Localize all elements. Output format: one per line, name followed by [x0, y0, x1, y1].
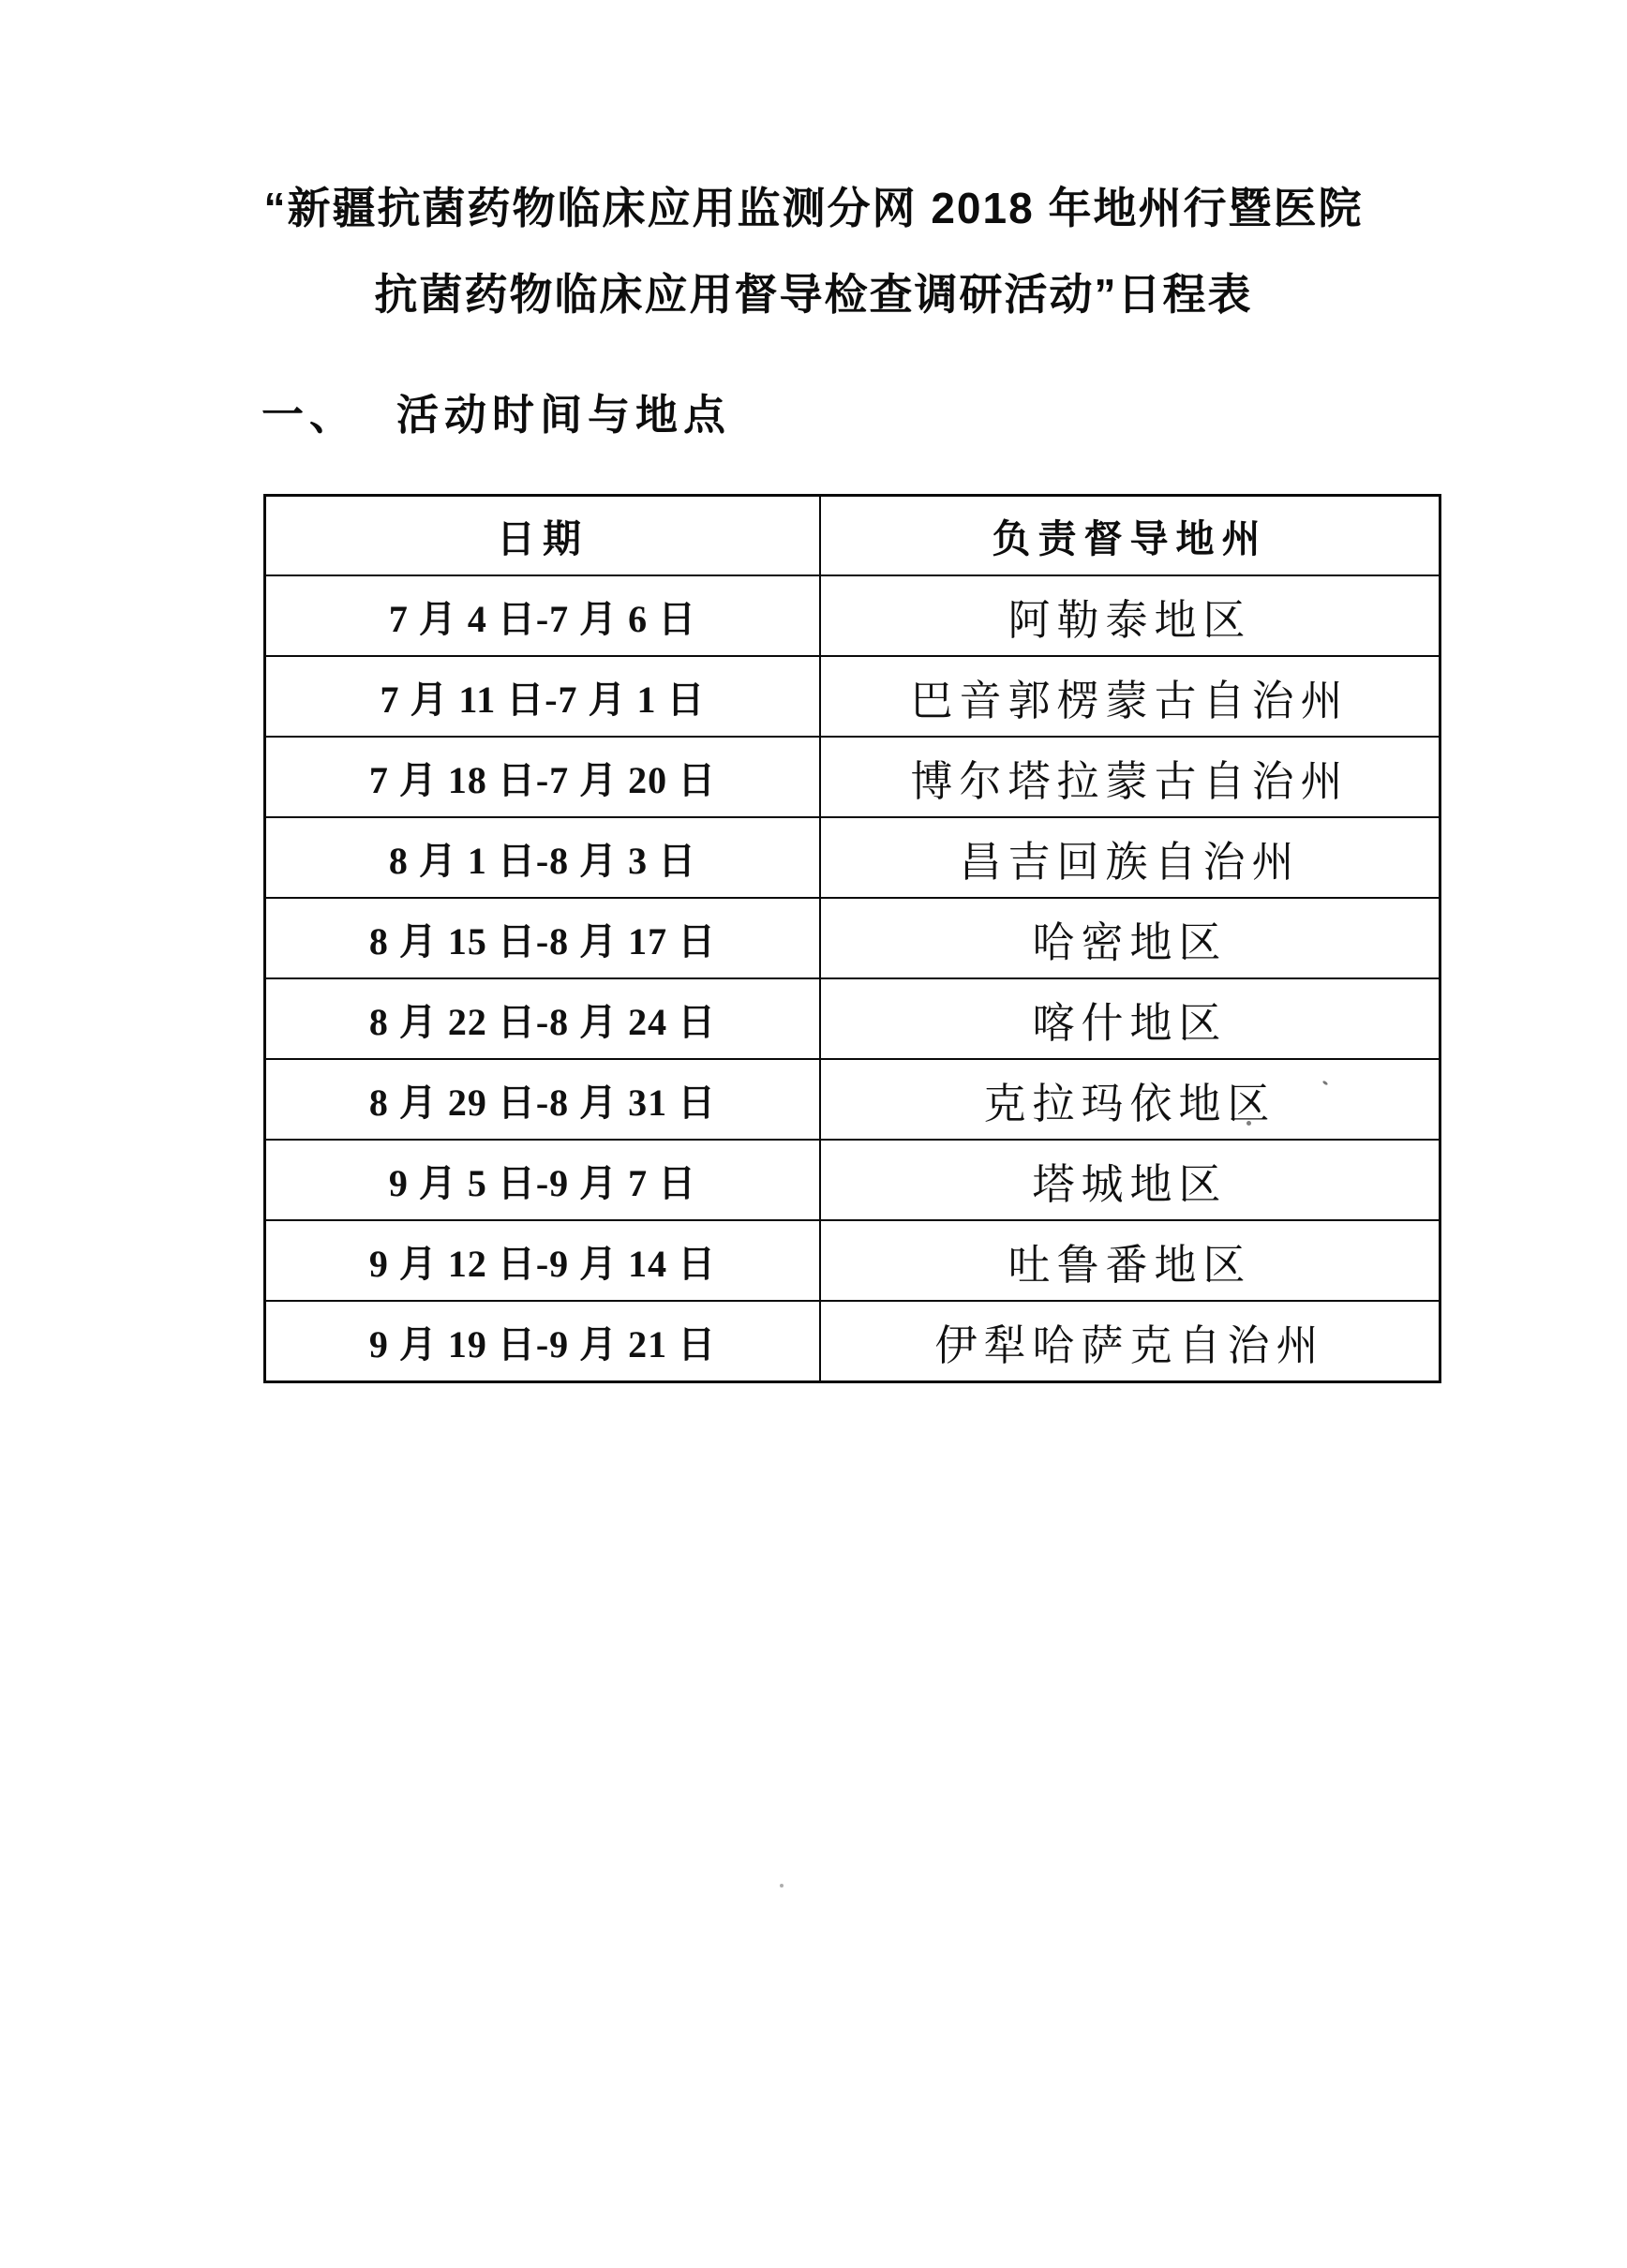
table-row: 8 月 29 日-8 月 31 日克拉玛依地区: [266, 1058, 1439, 1139]
table-body: 7 月 4 日-7 月 6 日阿勒泰地区7 月 11 日-7 月 1 日巴音郭楞…: [266, 574, 1439, 1380]
table-row: 7 月 4 日-7 月 6 日阿勒泰地区: [266, 574, 1439, 655]
table-row: 9 月 5 日-9 月 7 日塔城地区: [266, 1139, 1439, 1219]
region-cell: 吐鲁番地区: [821, 1221, 1439, 1300]
scanned-document-page: “新疆抗菌药物临床应用监测分网 2018 年地州行暨医院 抗菌药物临床应用督导检…: [0, 0, 1627, 2268]
date-cell: 7 月 18 日-7 月 20 日: [266, 738, 821, 816]
date-cell: 9 月 19 日-9 月 21 日: [266, 1302, 821, 1380]
table-header-row: 日期 负责督导地州: [266, 497, 1439, 574]
section-heading: 一、活动时间与地点: [261, 386, 731, 444]
section-heading-number: 一、: [261, 392, 357, 439]
date-cell: 9 月 5 日-9 月 7 日: [266, 1141, 821, 1219]
table-row: 8 月 22 日-8 月 24 日喀什地区: [266, 977, 1439, 1058]
table-row: 8 月 15 日-8 月 17 日哈密地区: [266, 897, 1439, 977]
region-cell: 巴音郭楞蒙古自治州: [821, 657, 1439, 736]
date-cell: 8 月 22 日-8 月 24 日: [266, 979, 821, 1058]
header-cell-region: 负责督导地州: [821, 497, 1439, 574]
table-row: 7 月 18 日-7 月 20 日博尔塔拉蒙古自治州: [266, 736, 1439, 816]
scan-artifact-dot: [1246, 1121, 1251, 1126]
region-cell: 伊犁哈萨克自治州: [821, 1302, 1439, 1380]
region-cell: 哈密地区: [821, 899, 1439, 977]
table-row: 8 月 1 日-8 月 3 日昌吉回族自治州: [266, 816, 1439, 897]
region-cell: 喀什地区: [821, 979, 1439, 1058]
date-cell: 8 月 29 日-8 月 31 日: [266, 1060, 821, 1139]
table-row: 9 月 12 日-9 月 14 日吐鲁番地区: [266, 1219, 1439, 1300]
date-cell: 8 月 15 日-8 月 17 日: [266, 899, 821, 977]
date-cell: 7 月 11 日-7 月 1 日: [266, 657, 821, 736]
region-cell: 阿勒泰地区: [821, 576, 1439, 655]
region-cell: 博尔塔拉蒙古自治州: [821, 738, 1439, 816]
region-cell: 克拉玛依地区: [821, 1060, 1439, 1139]
document-title-line-2: 抗菌药物临床应用督导检查调研活动”日程表: [0, 251, 1627, 337]
document-title-line-1: “新疆抗菌药物临床应用监测分网 2018 年地州行暨医院: [0, 165, 1627, 251]
schedule-table: 日期 负责督导地州 7 月 4 日-7 月 6 日阿勒泰地区7 月 11 日-7…: [263, 494, 1441, 1383]
header-cell-date: 日期: [266, 497, 821, 574]
date-cell: 7 月 4 日-7 月 6 日: [266, 576, 821, 655]
document-title: “新疆抗菌药物临床应用监测分网 2018 年地州行暨医院 抗菌药物临床应用督导检…: [0, 165, 1627, 337]
table-row: 7 月 11 日-7 月 1 日巴音郭楞蒙古自治州: [266, 655, 1439, 736]
date-cell: 8 月 1 日-8 月 3 日: [266, 818, 821, 897]
region-cell: 塔城地区: [821, 1141, 1439, 1219]
section-heading-text: 活动时间与地点: [396, 392, 731, 439]
scan-artifact-dot: [780, 1884, 784, 1888]
table-row: 9 月 19 日-9 月 21 日伊犁哈萨克自治州: [266, 1300, 1439, 1380]
region-cell: 昌吉回族自治州: [821, 818, 1439, 897]
date-cell: 9 月 12 日-9 月 14 日: [266, 1221, 821, 1300]
